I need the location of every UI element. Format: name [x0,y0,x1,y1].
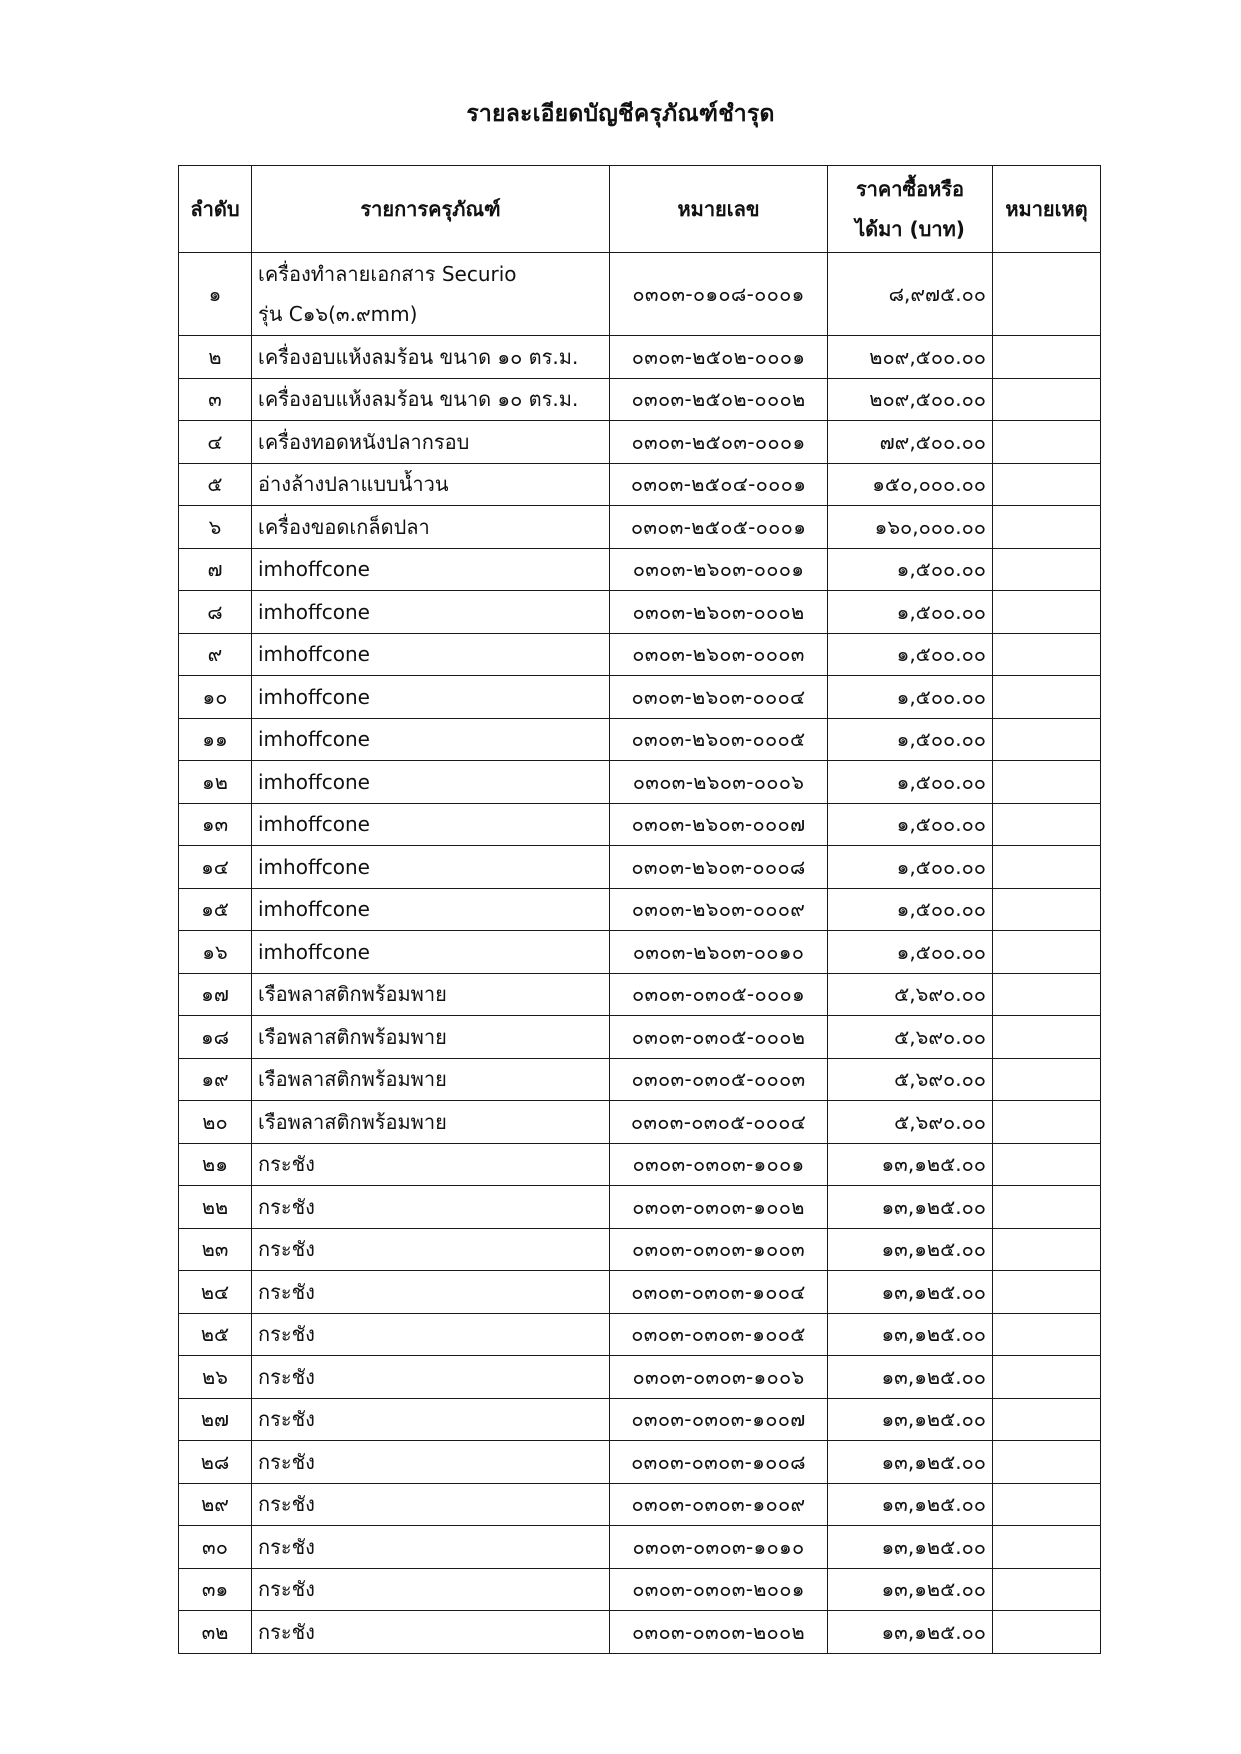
note-cell [993,973,1101,1016]
asset-code: ๐๓๐๓-๒๕๐๒-๐๐๐๒ [610,378,828,421]
note-cell [993,1143,1101,1186]
price-value: ๑๖๐,๐๐๐.๐๐ [828,506,993,549]
row-number: ๓๐ [179,1526,252,1569]
item-name-line: เครื่องทำลายเอกสาร Securio [258,254,603,294]
price-value: ๑,๕๐๐.๐๐ [828,803,993,846]
note-cell [993,421,1101,464]
price-value: ๑๓,๑๒๕.๐๐ [828,1313,993,1356]
item-name: กระชัง [252,1483,610,1526]
item-name: กระชัง [252,1526,610,1569]
item-name: กระชัง [252,1143,610,1186]
asset-code: ๐๓๐๓-๒๖๐๓-๐๐๐๔ [610,676,828,719]
item-name: imhoffcone [252,803,610,846]
item-name-line: เรือพลาสติกพร้อมพาย [258,1102,603,1142]
price-value: ๗๙,๕๐๐.๐๐ [828,421,993,464]
price-value: ๑๓,๑๒๕.๐๐ [828,1441,993,1484]
item-name-line: imhoffcone [258,847,603,887]
note-cell [993,676,1101,719]
row-number: ๒๘ [179,1441,252,1484]
item-name-line: เครื่องขอดเกล็ดปลา [258,507,603,547]
item-name: กระชัง [252,1228,610,1271]
table-row: ๖เครื่องขอดเกล็ดปลา๐๓๐๓-๒๕๐๕-๐๐๐๑๑๖๐,๐๐๐… [179,506,1101,549]
item-name-line: เครื่องอบแห้งลมร้อน ขนาด ๑๐ ตร.ม. [258,379,603,419]
asset-code: ๐๓๐๓-๐๓๐๓-๑๐๐๒ [610,1186,828,1229]
row-number: ๑๓ [179,803,252,846]
row-number: ๖ [179,506,252,549]
table-row: ๓๐กระชัง๐๓๐๓-๐๓๐๓-๑๐๑๐๑๓,๑๒๕.๐๐ [179,1526,1101,1569]
item-name: กระชัง [252,1611,610,1654]
item-name: เรือพลาสติกพร้อมพาย [252,1058,610,1101]
item-name: เครื่องอบแห้งลมร้อน ขนาด ๑๐ ตร.ม. [252,336,610,379]
table-row: ๑๒imhoffcone๐๓๐๓-๒๖๐๓-๐๐๐๖๑,๕๐๐.๐๐ [179,761,1101,804]
row-number: ๒๑ [179,1143,252,1186]
item-name-line: กระชัง [258,1144,603,1184]
asset-code: ๐๓๐๓-๐๓๐๓-๒๐๐๑ [610,1568,828,1611]
table-row: ๑๙เรือพลาสติกพร้อมพาย๐๓๐๓-๐๓๐๕-๐๐๐๓๕,๖๙๐… [179,1058,1101,1101]
note-cell [993,1526,1101,1569]
header-no: ลำดับ [179,166,252,253]
item-name-line: กระชัง [258,1229,603,1269]
table-row: ๑๕imhoffcone๐๓๐๓-๒๖๐๓-๐๐๐๙๑,๕๐๐.๐๐ [179,888,1101,931]
asset-code: ๐๓๐๓-๒๖๐๓-๐๐๐๙ [610,888,828,931]
row-number: ๙ [179,633,252,676]
row-number: ๘ [179,591,252,634]
item-name: เรือพลาสติกพร้อมพาย [252,1016,610,1059]
item-name: imhoffcone [252,591,610,634]
item-name-line: imhoffcone [258,804,603,844]
item-name: กระชัง [252,1313,610,1356]
asset-code: ๐๓๐๓-๐๓๐๓-๑๐๐๕ [610,1313,828,1356]
note-cell [993,761,1101,804]
table-row: ๒๙กระชัง๐๓๐๓-๐๓๐๓-๑๐๐๙๑๓,๑๒๕.๐๐ [179,1483,1101,1526]
item-name-line: imhoffcone [258,932,603,972]
price-value: ๑๓,๑๒๕.๐๐ [828,1568,993,1611]
note-cell [993,803,1101,846]
price-value: ๑,๕๐๐.๐๐ [828,591,993,634]
header-price: ราคาซื้อหรือ ได้มา (บาท) [828,166,993,253]
table-row: ๒๔กระชัง๐๓๐๓-๐๓๐๓-๑๐๐๔๑๓,๑๒๕.๐๐ [179,1271,1101,1314]
item-name: imhoffcone [252,761,610,804]
item-name: กระชัง [252,1398,610,1441]
item-name-line: กระชัง [258,1272,603,1312]
item-name: imhoffcone [252,888,610,931]
row-number: ๒๕ [179,1313,252,1356]
row-number: ๔ [179,421,252,464]
note-cell [993,1441,1101,1484]
asset-table: ลำดับ รายการครุภัณฑ์ หมายเลข ราคาซื้อหรื… [178,165,1101,1654]
asset-code: ๐๓๐๓-๐๓๐๕-๐๐๐๓ [610,1058,828,1101]
asset-code: ๐๓๐๓-๐๓๐๓-๑๐๐๘ [610,1441,828,1484]
note-cell [993,1101,1101,1144]
item-name: imhoffcone [252,633,610,676]
asset-code: ๐๓๐๓-๒๖๐๓-๐๐๐๕ [610,718,828,761]
header-item-name: รายการครุภัณฑ์ [252,166,610,253]
row-number: ๓๑ [179,1568,252,1611]
asset-code: ๐๓๐๓-๐๓๐๓-๑๐๐๑ [610,1143,828,1186]
price-value: ๑๕๐,๐๐๐.๐๐ [828,463,993,506]
table-row: ๒เครื่องอบแห้งลมร้อน ขนาด ๑๐ ตร.ม.๐๓๐๓-๒… [179,336,1101,379]
item-name-line: อ่างล้างปลาแบบน้ำวน [258,464,603,504]
item-name: กระชัง [252,1441,610,1484]
row-number: ๑๖ [179,931,252,974]
note-cell [993,1058,1101,1101]
item-name: เครื่องทำลายเอกสาร Securioรุ่น C๑๖(๓.๙mm… [252,253,610,336]
table-row: ๗imhoffcone๐๓๐๓-๒๖๐๓-๐๐๐๑๑,๕๐๐.๐๐ [179,548,1101,591]
item-name-line: เครื่องทอดหนังปลากรอบ [258,422,603,462]
item-name-line: กระชัง [258,1527,603,1567]
header-price-line2: ได้มา (บาท) [834,209,986,249]
item-name: imhoffcone [252,676,610,719]
item-name-line: กระชัง [258,1314,603,1354]
price-value: ๑,๕๐๐.๐๐ [828,846,993,889]
table-row: ๑๖imhoffcone๐๓๐๓-๒๖๐๓-๐๐๑๐๑,๕๐๐.๐๐ [179,931,1101,974]
asset-code: ๐๓๐๓-๒๕๐๔-๐๐๐๑ [610,463,828,506]
note-cell [993,463,1101,506]
header-row: ลำดับ รายการครุภัณฑ์ หมายเลข ราคาซื้อหรื… [179,166,1101,253]
row-number: ๒๙ [179,1483,252,1526]
item-name-line: กระชัง [258,1484,603,1524]
item-name-line: imhoffcone [258,889,603,929]
table-row: ๑๓imhoffcone๐๓๐๓-๒๖๐๓-๐๐๐๗๑,๕๐๐.๐๐ [179,803,1101,846]
price-value: ๕,๖๙๐.๐๐ [828,1101,993,1144]
note-cell [993,633,1101,676]
note-cell [993,506,1101,549]
asset-code: ๐๓๐๓-๒๖๐๓-๐๐๐๖ [610,761,828,804]
item-name-line: imhoffcone [258,549,603,589]
row-number: ๓ [179,378,252,421]
table-row: ๑๘เรือพลาสติกพร้อมพาย๐๓๐๓-๐๓๐๕-๐๐๐๒๕,๖๙๐… [179,1016,1101,1059]
item-name-line: imhoffcone [258,592,603,632]
price-value: ๑,๕๐๐.๐๐ [828,676,993,719]
row-number: ๑๗ [179,973,252,1016]
note-cell [993,1483,1101,1526]
item-name-line: imhoffcone [258,719,603,759]
note-cell [993,253,1101,336]
table-row: ๒๐เรือพลาสติกพร้อมพาย๐๓๐๓-๐๓๐๕-๐๐๐๔๕,๖๙๐… [179,1101,1101,1144]
table-row: ๑๑imhoffcone๐๓๐๓-๒๖๐๓-๐๐๐๕๑,๕๐๐.๐๐ [179,718,1101,761]
item-name-line: กระชัง [258,1399,603,1439]
price-value: ๕,๖๙๐.๐๐ [828,973,993,1016]
row-number: ๒ [179,336,252,379]
asset-code: ๐๓๐๓-๒๕๐๓-๐๐๐๑ [610,421,828,464]
asset-code: ๐๓๐๓-๐๓๐๓-๑๐๐๙ [610,1483,828,1526]
price-value: ๒๐๙,๕๐๐.๐๐ [828,378,993,421]
asset-code: ๐๓๐๓-๒๖๐๓-๐๐๐๒ [610,591,828,634]
table-row: ๒๑กระชัง๐๓๐๓-๐๓๐๓-๑๐๐๑๑๓,๑๒๕.๐๐ [179,1143,1101,1186]
item-name: กระชัง [252,1271,610,1314]
table-row: ๒๓กระชัง๐๓๐๓-๐๓๐๓-๑๐๐๓๑๓,๑๒๕.๐๐ [179,1228,1101,1271]
note-cell [993,1186,1101,1229]
price-value: ๑,๕๐๐.๐๐ [828,761,993,804]
table-row: ๒๒กระชัง๐๓๐๓-๐๓๐๓-๑๐๐๒๑๓,๑๒๕.๐๐ [179,1186,1101,1229]
row-number: ๒๔ [179,1271,252,1314]
item-name-line: เรือพลาสติกพร้อมพาย [258,1059,603,1099]
note-cell [993,1611,1101,1654]
item-name: กระชัง [252,1356,610,1399]
item-name: imhoffcone [252,931,610,974]
note-cell [993,1313,1101,1356]
item-name-line: กระชัง [258,1612,603,1652]
item-name: กระชัง [252,1568,610,1611]
table-header: ลำดับ รายการครุภัณฑ์ หมายเลข ราคาซื้อหรื… [179,166,1101,253]
note-cell [993,888,1101,931]
item-name: เรือพลาสติกพร้อมพาย [252,973,610,1016]
price-value: ๑๓,๑๒๕.๐๐ [828,1611,993,1654]
item-name: เครื่องทอดหนังปลากรอบ [252,421,610,464]
note-cell [993,718,1101,761]
price-value: ๑,๕๐๐.๐๐ [828,931,993,974]
note-cell [993,1398,1101,1441]
note-cell [993,591,1101,634]
row-number: ๑ [179,253,252,336]
item-name-line: กระชัง [258,1187,603,1227]
row-number: ๑๕ [179,888,252,931]
asset-code: ๐๓๐๓-๐๓๐๕-๐๐๐๔ [610,1101,828,1144]
item-name: เครื่องขอดเกล็ดปลา [252,506,610,549]
note-cell [993,846,1101,889]
asset-code: ๐๓๐๓-๒๖๐๓-๐๐๐๑ [610,548,828,591]
table-row: ๒๕กระชัง๐๓๐๓-๐๓๐๓-๑๐๐๕๑๓,๑๒๕.๐๐ [179,1313,1101,1356]
table-row: ๒๗กระชัง๐๓๐๓-๐๓๐๓-๑๐๐๗๑๓,๑๒๕.๐๐ [179,1398,1101,1441]
note-cell [993,1271,1101,1314]
row-number: ๑๘ [179,1016,252,1059]
price-value: ๘,๙๗๕.๐๐ [828,253,993,336]
table-row: ๓เครื่องอบแห้งลมร้อน ขนาด ๑๐ ตร.ม.๐๓๐๓-๒… [179,378,1101,421]
price-value: ๑,๕๐๐.๐๐ [828,548,993,591]
asset-code: ๐๓๐๓-๒๕๐๕-๐๐๐๑ [610,506,828,549]
asset-code: ๐๓๐๓-๒๖๐๓-๐๐๑๐ [610,931,828,974]
note-cell [993,1568,1101,1611]
row-number: ๕ [179,463,252,506]
item-name: imhoffcone [252,548,610,591]
asset-code: ๐๓๐๓-๐๓๐๓-๑๐๐๗ [610,1398,828,1441]
price-value: ๒๐๙,๕๐๐.๐๐ [828,336,993,379]
row-number: ๗ [179,548,252,591]
table-row: ๓๒กระชัง๐๓๐๓-๐๓๐๓-๒๐๐๒๑๓,๑๒๕.๐๐ [179,1611,1101,1654]
item-name-line: imhoffcone [258,677,603,717]
row-number: ๑๒ [179,761,252,804]
item-name-line: เรือพลาสติกพร้อมพาย [258,974,603,1014]
note-cell [993,548,1101,591]
table-row: ๕อ่างล้างปลาแบบน้ำวน๐๓๐๓-๒๕๐๔-๐๐๐๑๑๕๐,๐๐… [179,463,1101,506]
note-cell [993,1228,1101,1271]
asset-code: ๐๓๐๓-๐๓๐๓-๑๐๑๐ [610,1526,828,1569]
item-name: กระชัง [252,1186,610,1229]
note-cell [993,1016,1101,1059]
price-value: ๑,๕๐๐.๐๐ [828,718,993,761]
table-row: ๑๐imhoffcone๐๓๐๓-๒๖๐๓-๐๐๐๔๑,๕๐๐.๐๐ [179,676,1101,719]
item-name-line: กระชัง [258,1357,603,1397]
asset-code: ๐๓๐๓-๐๓๐๕-๐๐๐๑ [610,973,828,1016]
asset-code: ๐๓๐๓-๐๓๐๕-๐๐๐๒ [610,1016,828,1059]
note-cell [993,336,1101,379]
row-number: ๓๒ [179,1611,252,1654]
item-name: เรือพลาสติกพร้อมพาย [252,1101,610,1144]
asset-code: ๐๓๐๓-๒๖๐๓-๐๐๐๓ [610,633,828,676]
item-name-line: imhoffcone [258,634,603,674]
item-name-line: เครื่องอบแห้งลมร้อน ขนาด ๑๐ ตร.ม. [258,337,603,377]
asset-code: ๐๓๐๓-๐๓๐๓-๑๐๐๔ [610,1271,828,1314]
row-number: ๑๔ [179,846,252,889]
asset-code: ๐๓๐๓-๐๓๐๓-๒๐๐๒ [610,1611,828,1654]
table-row: ๒๖กระชัง๐๓๐๓-๐๓๐๓-๑๐๐๖๑๓,๑๒๕.๐๐ [179,1356,1101,1399]
price-value: ๕,๖๙๐.๐๐ [828,1016,993,1059]
item-name: imhoffcone [252,718,610,761]
page-title: รายละเอียดบัญชีครุภัณฑ์ชำรุด [0,96,1241,132]
table-row: ๔เครื่องทอดหนังปลากรอบ๐๓๐๓-๒๕๐๓-๐๐๐๑๗๙,๕… [179,421,1101,464]
asset-code: ๐๓๐๓-๐๑๐๘-๐๐๐๑ [610,253,828,336]
row-number: ๒๓ [179,1228,252,1271]
table-row: ๑เครื่องทำลายเอกสาร Securioรุ่น C๑๖(๓.๙m… [179,253,1101,336]
header-note: หมายเหตุ [993,166,1101,253]
item-name-line: imhoffcone [258,762,603,802]
table-row: ๘imhoffcone๐๓๐๓-๒๖๐๓-๐๐๐๒๑,๕๐๐.๐๐ [179,591,1101,634]
item-name-line: รุ่น C๑๖(๓.๙mm) [258,294,603,334]
asset-code: ๐๓๐๓-๒๖๐๓-๐๐๐๗ [610,803,828,846]
price-value: ๑๓,๑๒๕.๐๐ [828,1526,993,1569]
row-number: ๑๑ [179,718,252,761]
asset-code: ๐๓๐๓-๒๖๐๓-๐๐๐๘ [610,846,828,889]
row-number: ๒๒ [179,1186,252,1229]
note-cell [993,1356,1101,1399]
table-row: ๓๑กระชัง๐๓๐๓-๐๓๐๓-๒๐๐๑๑๓,๑๒๕.๐๐ [179,1568,1101,1611]
item-name: เครื่องอบแห้งลมร้อน ขนาด ๑๐ ตร.ม. [252,378,610,421]
table-row: ๑๔imhoffcone๐๓๐๓-๒๖๐๓-๐๐๐๘๑,๕๐๐.๐๐ [179,846,1101,889]
table-body: ๑เครื่องทำลายเอกสาร Securioรุ่น C๑๖(๓.๙m… [179,253,1101,1654]
item-name: อ่างล้างปลาแบบน้ำวน [252,463,610,506]
price-value: ๑๓,๑๒๕.๐๐ [828,1228,993,1271]
asset-code: ๐๓๐๓-๐๓๐๓-๑๐๐๖ [610,1356,828,1399]
item-name-line: กระชัง [258,1569,603,1609]
item-name-line: กระชัง [258,1442,603,1482]
header-asset-code: หมายเลข [610,166,828,253]
row-number: ๑๙ [179,1058,252,1101]
item-name: imhoffcone [252,846,610,889]
asset-code: ๐๓๐๓-๐๓๐๓-๑๐๐๓ [610,1228,828,1271]
price-value: ๑๓,๑๒๕.๐๐ [828,1271,993,1314]
row-number: ๒๖ [179,1356,252,1399]
note-cell [993,931,1101,974]
price-value: ๑,๕๐๐.๐๐ [828,633,993,676]
table-row: ๑๗เรือพลาสติกพร้อมพาย๐๓๐๓-๐๓๐๕-๐๐๐๑๕,๖๙๐… [179,973,1101,1016]
row-number: ๑๐ [179,676,252,719]
price-value: ๑๓,๑๒๕.๐๐ [828,1483,993,1526]
row-number: ๒๗ [179,1398,252,1441]
price-value: ๑,๕๐๐.๐๐ [828,888,993,931]
note-cell [993,378,1101,421]
price-value: ๑๓,๑๒๕.๐๐ [828,1186,993,1229]
item-name-line: เรือพลาสติกพร้อมพาย [258,1017,603,1057]
header-price-line1: ราคาซื้อหรือ [834,169,986,209]
table-row: ๙imhoffcone๐๓๐๓-๒๖๐๓-๐๐๐๓๑,๕๐๐.๐๐ [179,633,1101,676]
table-row: ๒๘กระชัง๐๓๐๓-๐๓๐๓-๑๐๐๘๑๓,๑๒๕.๐๐ [179,1441,1101,1484]
price-value: ๑๓,๑๒๕.๐๐ [828,1398,993,1441]
price-value: ๕,๖๙๐.๐๐ [828,1058,993,1101]
price-value: ๑๓,๑๒๕.๐๐ [828,1356,993,1399]
row-number: ๒๐ [179,1101,252,1144]
asset-code: ๐๓๐๓-๒๕๐๒-๐๐๐๑ [610,336,828,379]
price-value: ๑๓,๑๒๕.๐๐ [828,1143,993,1186]
